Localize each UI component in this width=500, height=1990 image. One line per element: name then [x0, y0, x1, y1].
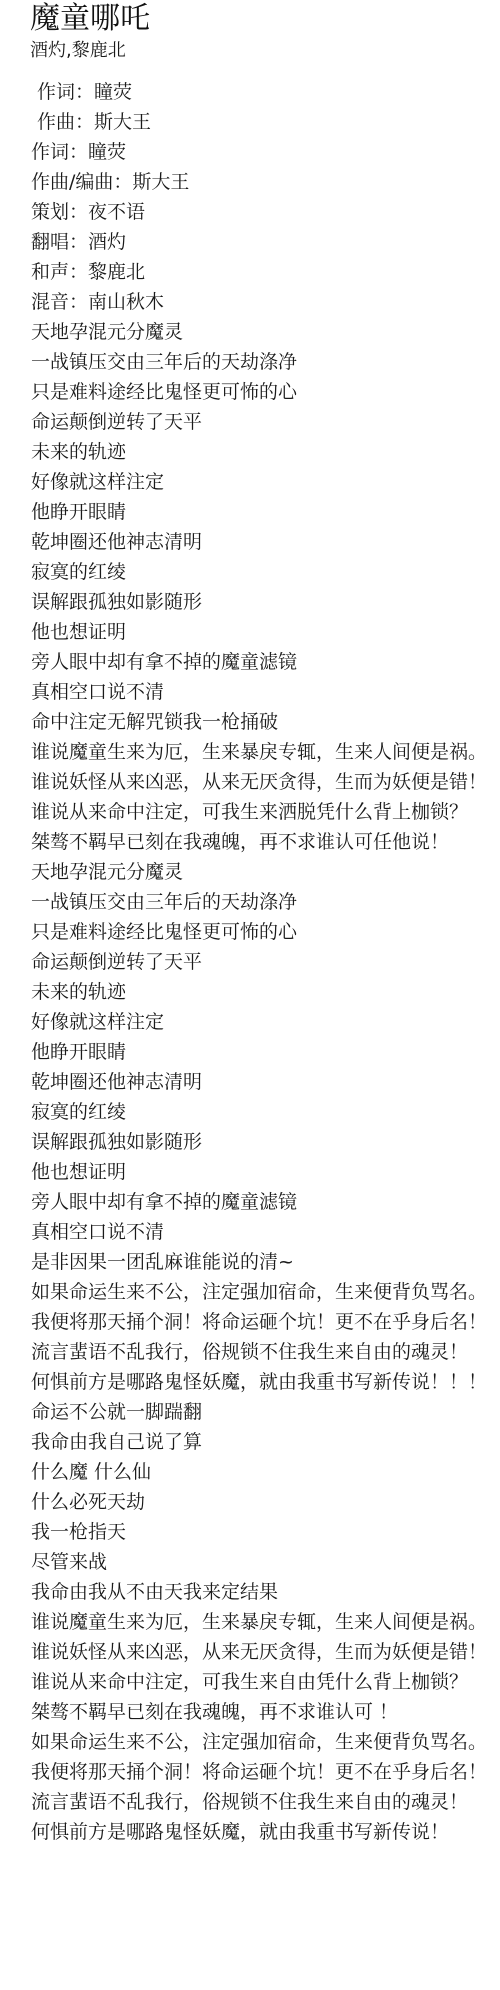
lyric-line: 好像就这样注定 — [31, 1007, 500, 1037]
lyric-line: 尽管来战 — [31, 1547, 500, 1577]
lyric-line: 误解跟孤独如影随形 — [31, 1127, 500, 1157]
lyrics-page: 魔童哪吒 酒灼,黎鹿北 作词：瞳荧 作曲：斯大王 作词：瞳荧 作曲/编曲：斯大王… — [0, 0, 500, 1990]
lyric-line: 一战镇压交由三年后的天劫涤净 — [31, 887, 500, 917]
lyric-line: 天地孕混元分魔灵 — [31, 857, 500, 887]
lyrics-body: 作词：瞳荧 作曲：斯大王 作词：瞳荧 作曲/编曲：斯大王 策划：夜不语 翻唱：酒… — [31, 77, 500, 1847]
lyric-line: 谁说魔童生来为厄，生来暴戾专辄，生来人间便是祸。 — [31, 1607, 500, 1637]
credits-block: 作词：瞳荧 作曲：斯大王 作词：瞳荧 作曲/编曲：斯大王 策划：夜不语 翻唱：酒… — [31, 77, 500, 317]
lyric-line: 我便将那天捅个洞！将命运砸个坑！更不在乎身后名！ — [31, 1757, 500, 1787]
credit-line: 混音：南山秋木 — [31, 287, 500, 317]
lyric-line: 什么必死天劫 — [31, 1487, 500, 1517]
lyric-line: 我命由我从不由天我来定结果 — [31, 1577, 500, 1607]
lyric-line: 桀骜不羁早已刻在我魂魄，再不求谁认可任他说！ — [31, 827, 500, 857]
lyric-line: 如果命运生来不公，注定强加宿命，生来便背负骂名。 — [31, 1727, 500, 1757]
credit-line: 作曲：斯大王 — [31, 107, 500, 137]
lyric-line: 寂寞的红绫 — [31, 557, 500, 587]
credit-line: 作词：瞳荧 — [31, 137, 500, 167]
lyric-line: 天地孕混元分魔灵 — [31, 317, 500, 347]
lyric-line: 乾坤圈还他神志清明 — [31, 527, 500, 557]
lyric-line: 未来的轨迹 — [31, 977, 500, 1007]
lyric-line: 谁说从来命中注定，可我生来自由凭什么背上枷锁？ — [31, 1667, 500, 1697]
credit-line: 翻唱：酒灼 — [31, 227, 500, 257]
credit-line: 和声：黎鹿北 — [31, 257, 500, 287]
lyric-line: 命中注定无解咒锁我一枪捅破 — [31, 707, 500, 737]
lyric-line: 谁说从来命中注定，可我生来洒脱凭什么背上枷锁？ — [31, 797, 500, 827]
lyric-line: 寂寞的红绫 — [31, 1097, 500, 1127]
song-artists: 酒灼,黎鹿北 — [30, 38, 126, 64]
lyric-line: 是非因果一团乱麻谁能说的清~ — [31, 1247, 500, 1277]
lyric-line: 我便将那天捅个洞！将命运砸个坑！更不在乎身后名！ — [31, 1307, 500, 1337]
lyric-line: 桀骜不羁早已刻在我魂魄，再不求谁认可 ！ — [31, 1697, 500, 1727]
lyric-line: 流言蜚语不乱我行，俗规锁不住我生来自由的魂灵！ — [31, 1787, 500, 1817]
lyric-line: 只是难料途经比鬼怪更可怖的心 — [31, 377, 500, 407]
lyric-line: 他睁开眼睛 — [31, 497, 500, 527]
song-title: 魔童哪吒 — [30, 1, 150, 37]
lyric-line: 命运颠倒逆转了天平 — [31, 947, 500, 977]
lyric-line: 流言蜚语不乱我行，俗规锁不住我生来自由的魂灵！ — [31, 1337, 500, 1367]
lyric-line: 他睁开眼睛 — [31, 1037, 500, 1067]
lyric-line: 我一枪指天 — [31, 1517, 500, 1547]
lyric-line: 谁说魔童生来为厄，生来暴戾专辄，生来人间便是祸。 — [31, 737, 500, 767]
lyric-line: 命运不公就一脚踹翻 — [31, 1397, 500, 1427]
credit-line: 策划：夜不语 — [31, 197, 500, 227]
lyrics-block: 天地孕混元分魔灵 一战镇压交由三年后的天劫涤净 只是难料途经比鬼怪更可怖的心 命… — [31, 317, 500, 1847]
lyric-line: 一战镇压交由三年后的天劫涤净 — [31, 347, 500, 377]
lyric-line: 误解跟孤独如影随形 — [31, 587, 500, 617]
lyric-line: 他也想证明 — [31, 1157, 500, 1187]
lyric-line: 何惧前方是哪路鬼怪妖魔，就由我重书写新传说！！！ — [31, 1367, 500, 1397]
lyric-line: 他也想证明 — [31, 617, 500, 647]
lyric-line: 旁人眼中却有拿不掉的魔童滤镜 — [31, 647, 500, 677]
lyric-line: 谁说妖怪从来凶恶，从来无厌贪得，生而为妖便是错！ — [31, 767, 500, 797]
credit-line: 作词：瞳荧 — [31, 77, 500, 107]
lyric-line: 乾坤圈还他神志清明 — [31, 1067, 500, 1097]
lyric-line: 真相空口说不清 — [31, 1217, 500, 1247]
lyric-line: 真相空口说不清 — [31, 677, 500, 707]
lyric-line: 何惧前方是哪路鬼怪妖魔，就由我重书写新传说！ — [31, 1817, 500, 1847]
lyric-line: 如果命运生来不公，注定强加宿命，生来便背负骂名。 — [31, 1277, 500, 1307]
lyric-line: 旁人眼中却有拿不掉的魔童滤镜 — [31, 1187, 500, 1217]
lyric-line: 好像就这样注定 — [31, 467, 500, 497]
lyric-line: 命运颠倒逆转了天平 — [31, 407, 500, 437]
lyric-line: 只是难料途经比鬼怪更可怖的心 — [31, 917, 500, 947]
lyric-line: 什么魔 什么仙 — [31, 1457, 500, 1487]
lyric-line: 谁说妖怪从来凶恶，从来无厌贪得，生而为妖便是错！ — [31, 1637, 500, 1667]
lyric-line: 未来的轨迹 — [31, 437, 500, 467]
lyric-line: 我命由我自己说了算 — [31, 1427, 500, 1457]
credit-line: 作曲/编曲：斯大王 — [31, 167, 500, 197]
